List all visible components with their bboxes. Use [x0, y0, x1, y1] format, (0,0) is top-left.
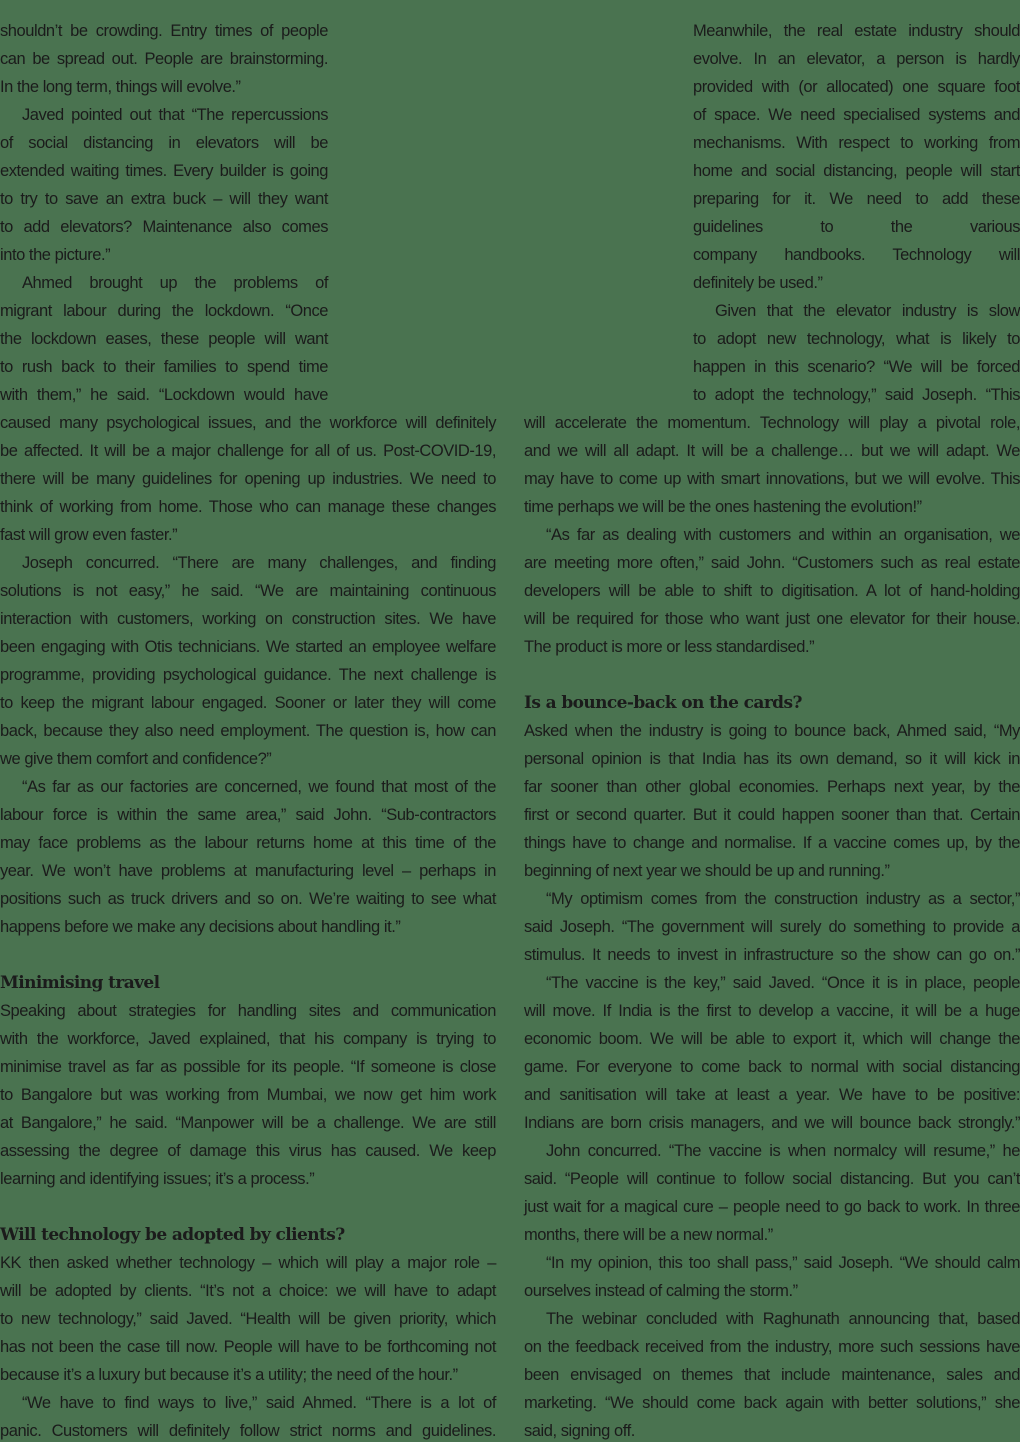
text-line: company handbooks. Technology will — [693, 241, 1020, 269]
text-line: Given that the elevator industry is slow — [693, 297, 1020, 325]
text-line: “As far as dealing with customers and wi… — [524, 521, 1020, 549]
text-line: economic boom. We will be able to export… — [524, 1025, 1020, 1053]
text-line: John concurred. “The vaccine is when nor… — [524, 1137, 1020, 1165]
text-line: to add elevators? Maintenance also comes — [0, 213, 328, 241]
text-line: at Bangalore,” he said. “Manpower will b… — [0, 1109, 496, 1137]
text-line: fast will grow even faster.” — [0, 521, 496, 549]
text-line: migrant labour during the lockdown. “Onc… — [0, 297, 328, 325]
text-line: personal opinion is that India has its o… — [524, 745, 1020, 773]
text-line: far sooner than other global economies. … — [524, 773, 1020, 801]
text-line: months, there will be a new normal.” — [524, 1221, 1020, 1249]
text-line: evolve. In an elevator, a person is hard… — [693, 45, 1020, 73]
text-line: marketing. “We should come back again wi… — [524, 1389, 1020, 1417]
text-line: because it’s a luxury but because it’s a… — [0, 1361, 496, 1389]
text-line: home and social distancing, people will … — [693, 157, 1020, 185]
text-line: to keep the migrant labour engaged. Soon… — [0, 689, 496, 717]
text-line: shouldn’t be crowding. Entry times of pe… — [0, 17, 328, 45]
text-line: back, because they also need employment.… — [0, 717, 496, 745]
text-line: of space. We need specialised systems an… — [693, 101, 1020, 129]
text-line: “The vaccine is the key,” said Javed. “O… — [524, 969, 1020, 997]
text-line: with them,” he said. “Lockdown would hav… — [0, 381, 328, 409]
text-line: and we will all adapt. It will be a chal… — [524, 437, 1020, 465]
text-line: been engaging with Otis technicians. We … — [0, 633, 496, 661]
text-line: has not been the case till now. People w… — [0, 1333, 496, 1361]
text-line: said. “People will continue to follow so… — [524, 1165, 1020, 1193]
text-line: said, signing off. — [524, 1417, 1020, 1442]
text-line: “In my opinion, this too shall pass,” sa… — [524, 1249, 1020, 1277]
text-line: programme, providing psychological guida… — [0, 661, 496, 689]
text-line: ourselves instead of calming the storm.” — [524, 1277, 1020, 1305]
text-line: Speaking about strategies for handling s… — [0, 997, 496, 1025]
text-line: Joseph concurred. “There are many challe… — [0, 549, 496, 577]
text-line: provided with (or allocated) one square … — [693, 73, 1020, 101]
text-line: will be adopted by clients. “It’s not a … — [0, 1277, 496, 1305]
text-line: positions such as truck drivers and so o… — [0, 885, 496, 913]
text-line: be affected. It will be a major challeng… — [0, 437, 496, 465]
text-line: Meanwhile, the real estate industry shou… — [693, 17, 1020, 45]
text-line: extended waiting times. Every builder is… — [0, 157, 328, 185]
text-line: we give them comfort and confidence?” — [0, 745, 496, 773]
text-line: Indians are born crisis managers, and we… — [524, 1109, 1020, 1137]
text-line: stimulus. It needs to invest in infrastr… — [524, 941, 1020, 969]
text-line: guidelines to the various — [693, 213, 1020, 241]
text-line: assessing the degree of damage this viru… — [0, 1137, 496, 1165]
text-line: happens before we make any decisions abo… — [0, 913, 496, 941]
text-line: “As far as our factories are concerned, … — [0, 773, 496, 801]
text-line: The webinar concluded with Raghunath ann… — [524, 1305, 1020, 1333]
section-heading-bounce-back: Is a bounce-back on the cards? — [524, 689, 802, 717]
text-line: will accelerate the momentum. Technology… — [524, 409, 1020, 437]
text-line: panic. Customers will definitely follow … — [0, 1417, 496, 1442]
text-line: labour force is within the same area,” s… — [0, 801, 496, 829]
text-line: can be spread out. People are brainstorm… — [0, 45, 328, 73]
text-line: and sanitisation will take at least a ye… — [524, 1081, 1020, 1109]
text-line: there will be many guidelines for openin… — [0, 465, 496, 493]
text-line: with the workforce, Javed explained, tha… — [0, 1025, 496, 1053]
text-line: of social distancing in elevators will b… — [0, 129, 328, 157]
text-line: think of working from home. Those who ca… — [0, 493, 496, 521]
section-heading-technology-adoption: Will technology be adopted by clients? — [0, 1221, 345, 1249]
text-line: to rush back to their families to spend … — [0, 353, 328, 381]
text-line: preparing for it. We need to add these — [693, 185, 1020, 213]
text-line: the lockdown eases, these people will wa… — [0, 325, 328, 353]
text-line: will move. If India is the first to deve… — [524, 997, 1020, 1025]
text-line: Asked when the industry is going to boun… — [524, 717, 1020, 745]
text-line: may face problems as the labour returns … — [0, 829, 496, 857]
text-line: definitely be used.” — [693, 269, 1020, 297]
text-line: to try to save an extra buck – will they… — [0, 185, 328, 213]
text-line: game. For everyone to come back to norma… — [524, 1053, 1020, 1081]
text-line: Javed pointed out that “The repercussion… — [0, 101, 328, 129]
text-line: on the feedback received from the indust… — [524, 1333, 1020, 1361]
text-line: will be required for those who want just… — [524, 605, 1020, 633]
text-line: happen in this scenario? “We will be for… — [693, 353, 1020, 381]
text-line: to adopt new technology, what is likely … — [693, 325, 1020, 353]
section-heading-minimising-travel: Minimising travel — [0, 969, 160, 997]
text-line: said Joseph. “The government will surely… — [524, 913, 1020, 941]
text-line: time perhaps we will be the ones hasteni… — [524, 493, 1020, 521]
text-line: KK then asked whether technology – which… — [0, 1249, 496, 1277]
text-line: minimise travel as far as possible for i… — [0, 1053, 496, 1081]
text-line: things have to change and normalise. If … — [524, 829, 1020, 857]
text-line: year. We won’t have problems at manufact… — [0, 857, 496, 885]
text-line: learning and identifying issues; it’s a … — [0, 1165, 496, 1193]
text-line: In the long term, things will evolve.” — [0, 73, 328, 101]
text-line: to new technology,” said Javed. “Health … — [0, 1305, 496, 1333]
text-line: “My optimism comes from the construction… — [524, 885, 1020, 913]
text-line: developers will be able to shift to digi… — [524, 577, 1020, 605]
text-line: beginning of next year we should be up a… — [524, 857, 1020, 885]
text-line: solutions is not easy,” he said. “We are… — [0, 577, 496, 605]
text-line: are meeting more often,” said John. “Cus… — [524, 549, 1020, 577]
text-line: first or second quarter. But it could ha… — [524, 801, 1020, 829]
text-line: to adopt the technology,” said Joseph. “… — [693, 381, 1020, 409]
text-line: may have to come up with smart innovatio… — [524, 465, 1020, 493]
text-line: just wait for a magical cure – people ne… — [524, 1193, 1020, 1221]
text-line: caused many psychological issues, and th… — [0, 409, 496, 437]
text-line: mechanisms. With respect to working from — [693, 129, 1020, 157]
text-line: interaction with customers, working on c… — [0, 605, 496, 633]
text-line: “We have to find ways to live,” said Ahm… — [0, 1389, 496, 1417]
text-line: to Bangalore but was working from Mumbai… — [0, 1081, 496, 1109]
text-line: been envisaged on themes that include ma… — [524, 1361, 1020, 1389]
text-line: into the picture.” — [0, 241, 328, 269]
text-line: Ahmed brought up the problems of — [0, 269, 328, 297]
text-line: The product is more or less standardised… — [524, 633, 1020, 661]
